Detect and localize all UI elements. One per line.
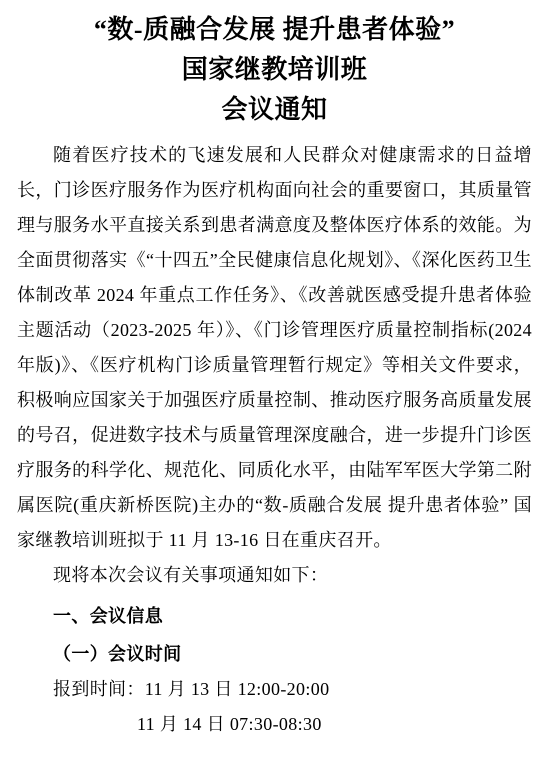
subsection-heading-meeting-time: （一）会议时间 xyxy=(17,637,532,672)
title-line-program: 国家继教培训班 xyxy=(17,50,532,90)
section-heading-meeting-info: 一、会议信息 xyxy=(17,599,532,634)
title-line-theme: “数-质融合发展 提升患者体验” xyxy=(17,10,532,50)
document-page: “数-质融合发展 提升患者体验” 国家继教培训班 会议通知 随着医疗技术的飞速发… xyxy=(0,0,541,758)
title-line-notice: 会议通知 xyxy=(17,90,532,130)
notice-lead-line: 现将本次会议有关事项通知如下： xyxy=(17,558,532,593)
document-title: “数-质融合发展 提升患者体验” 国家继教培训班 会议通知 xyxy=(17,10,532,130)
intro-paragraph: 随着医疗技术的飞速发展和人民群众对健康需求的日益增长，门诊医疗服务作为医疗机构面… xyxy=(17,138,532,558)
registration-time-line-2: 11 月 14 日 07:30-08:30 xyxy=(17,707,532,742)
registration-time-line-1: 报到时间：11 月 13 日 12:00-20:00 xyxy=(17,672,532,707)
